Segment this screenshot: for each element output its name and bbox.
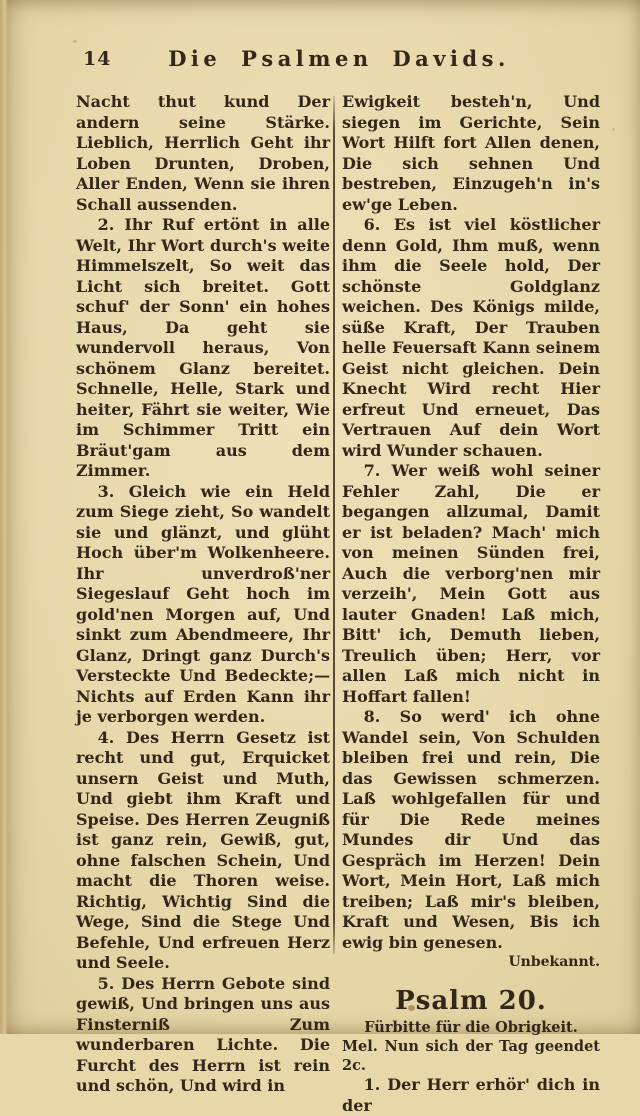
verse-6-paragraph: 6. Es ist viel köstlicher denn Gold, Ihm… — [342, 215, 600, 461]
page-title: Die Psalmen Davids. — [75, 46, 603, 71]
verse-2-paragraph: 2. Ihr Ruf ertönt in alle Welt, Ihr Wort… — [76, 215, 330, 482]
psalm-20-section: Psalm 20. Fürbitte für die Obrigkeit. Me… — [342, 984, 600, 1034]
verse-5-paragraph: 5. Des Herrn Gebote sind gewiß, Und brin… — [76, 974, 330, 1035]
verse-8-paragraph: 8. So werd' ich ohne Wandel sein, Von Sc… — [342, 707, 600, 953]
scan-speck — [73, 40, 77, 43]
psalm-20-heading: Psalm 20. — [342, 984, 600, 1018]
verse-7-paragraph: 7. Wer weiß wohl seiner Fehler Zahl, Die… — [342, 461, 600, 707]
verse-continuation-paragraph: Nacht thut kund Der andern seine Stärke.… — [76, 92, 330, 215]
page-gutter-shadow — [0, 0, 8, 1034]
scan-speck — [408, 1005, 415, 1011]
psalm-20-subtitle: Fürbitte für die Obrigkeit. — [342, 1018, 600, 1034]
right-text-column: Ewigkeit besteh'n, Und siegen im Gericht… — [342, 92, 600, 1034]
scan-speck — [612, 128, 615, 131]
column-divider-rule — [333, 96, 335, 954]
book-page-scan: 14 Die Psalmen Davids. Nacht thut kund D… — [0, 0, 640, 1034]
verse-4-paragraph: 4. Des Herrn Gesetz ist recht und gut, E… — [76, 728, 330, 974]
author-attribution: Unbekannt. — [342, 953, 600, 972]
page-header: 14 Die Psalmen Davids. — [75, 46, 603, 76]
verse-3-paragraph: 3. Gleich wie ein Held zum Siege zieht, … — [76, 482, 330, 728]
left-text-column: Nacht thut kund Der andern seine Stärke.… — [76, 92, 330, 1034]
verse-5-continuation-paragraph: Ewigkeit besteh'n, Und siegen im Gericht… — [342, 92, 600, 215]
